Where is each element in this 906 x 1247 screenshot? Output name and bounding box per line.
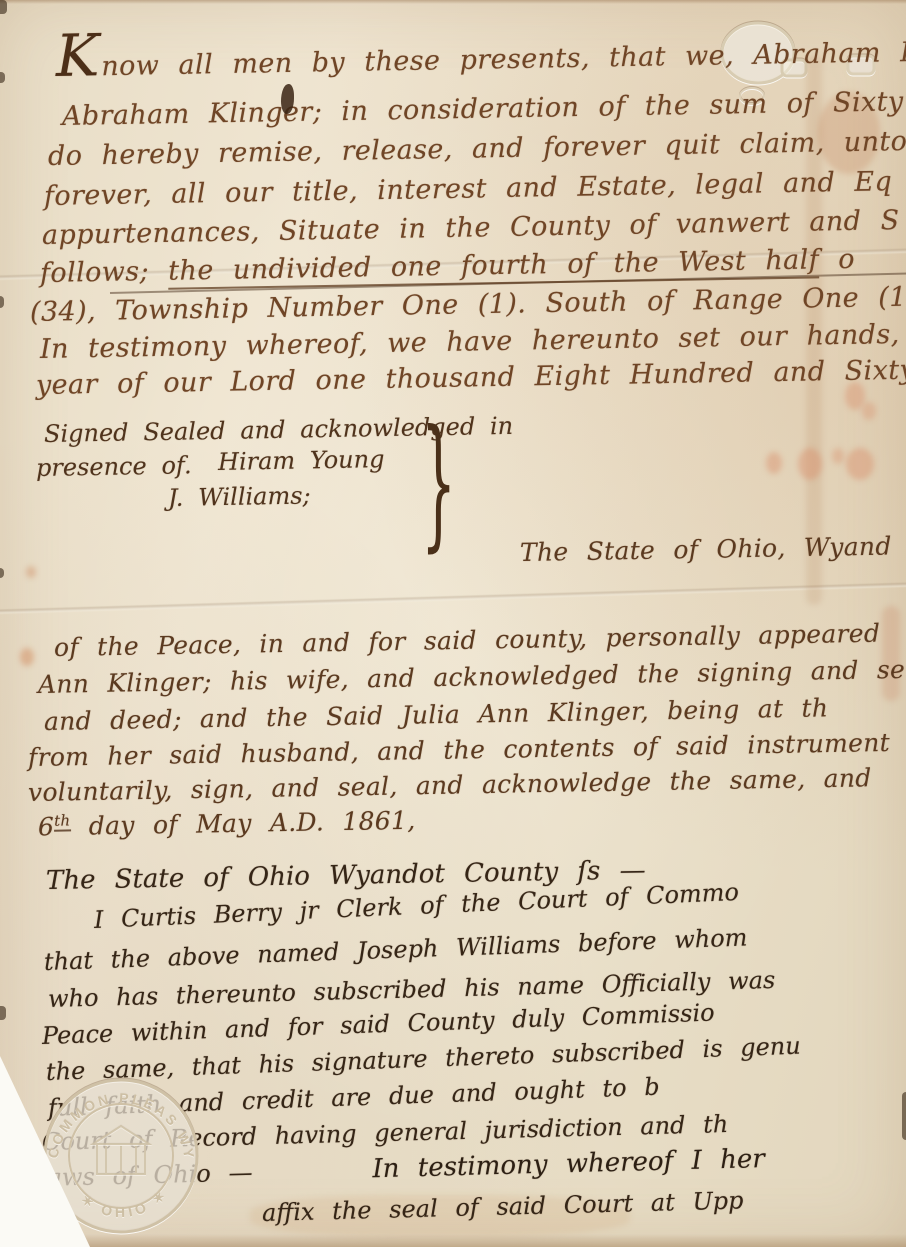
deed-document-page: Know all men by these presents, that we,… [0, 0, 906, 1247]
witness-signature: Hiram Young [218, 445, 385, 476]
jurat-line: of the Peace, in and for said county, pe… [54, 619, 881, 662]
handwriting-gap [253, 1177, 373, 1180]
deed-line: forever, all our title, interest and Est… [44, 166, 893, 212]
jurat-line: voluntarily, sign, and seal, and acknowl… [28, 763, 872, 807]
witness-brace: } [421, 398, 456, 565]
jurat-line: Ann Klinger; his wife, and acknowledged … [38, 655, 906, 699]
witness-line: presence of. [36, 451, 192, 482]
deed-line: follows; the undivided one fourth of the… [40, 244, 855, 289]
jurat-line: 6th day of May A.D. 1861, [38, 805, 416, 841]
stain [766, 452, 782, 474]
stain [20, 648, 34, 666]
edge-nick [0, 1006, 6, 1020]
stain [846, 448, 874, 480]
stain [26, 566, 36, 578]
stain [862, 402, 876, 420]
scan-edge-top [0, 0, 906, 4]
edge-nick [0, 296, 4, 308]
stain [832, 448, 844, 464]
edge-nick [0, 72, 5, 83]
underlined-phrase: the undivided one fourth of the West hal… [168, 244, 819, 289]
witness-signature: J. Williams; [168, 482, 311, 512]
jurat-heading: The State of Ohio, Wyand [520, 532, 892, 567]
jurat-line: and deed; and the Said Julia Ann Klinger… [44, 693, 829, 736]
edge-nick [902, 1092, 906, 1140]
fold-crease [0, 582, 906, 614]
deed-line: appurtenances, Situate in the County of … [42, 205, 900, 251]
edge-nick [0, 0, 7, 14]
stain [882, 606, 900, 701]
stain [798, 448, 822, 480]
decorative-initial: K [55, 21, 102, 90]
deed-line: Abraham Klinger; in consideration of the… [62, 86, 904, 132]
ordinal-suffix: th [54, 811, 71, 831]
edge-nick [0, 568, 4, 578]
deed-line: do hereby remise, release, and forever q… [48, 124, 906, 172]
